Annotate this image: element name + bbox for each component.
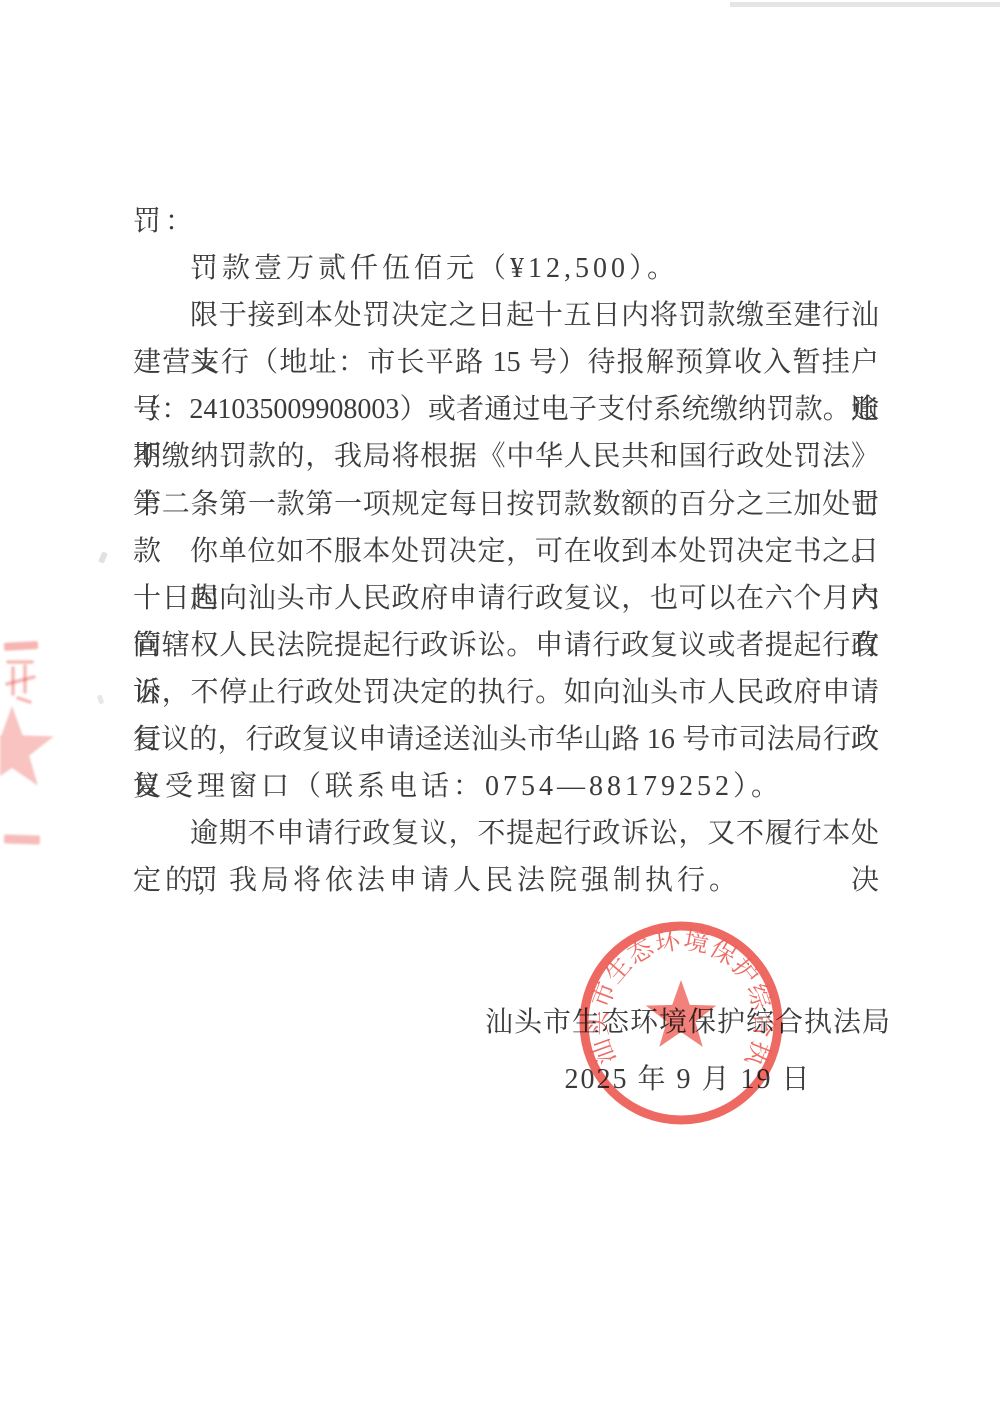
body-line: 建营支行（地址：市长平路 15 号）待报解预算收入暂挂户（账 — [133, 339, 879, 386]
body-line: 你单位如不服本处罚决定，可在收到本处罚决定书之日起六 — [133, 528, 879, 575]
body-line: 讼，不停止行政处罚决定的执行。如向汕头市人民政府申请行政 — [133, 669, 879, 716]
body-line: 十二条第一款第一项规定每日按罚款数额的百分之三加处罚款。 — [133, 481, 879, 528]
body-line: 限于接到本处罚决定之日起十五日内将罚款缴至建行汕头 — [133, 292, 879, 339]
scan-artifact-band — [730, 2, 1000, 7]
seal-star — [646, 980, 716, 1047]
body-line: 十日内向汕头市人民政府申请行政复议，也可以在六个月内向有 — [133, 575, 879, 622]
document-page: 罚：罚款壹万贰仟伍佰元（¥12,500）。限于接到本处罚决定之日起十五日内将罚款… — [0, 0, 1000, 1414]
body-text: 罚：罚款壹万贰仟伍佰元（¥12,500）。限于接到本处罚决定之日起十五日内将罚款… — [133, 198, 879, 904]
body-line: 号：241035009908003）或者通过电子支付系统缴纳罚款。逾期 — [133, 386, 879, 433]
body-line: 议受理窗口（联系电话：0754—88179252）。 — [133, 763, 879, 810]
body-line: 逾期不申请行政复议，不提起行政诉讼，又不履行本处罚决 — [133, 810, 879, 857]
body-line: 复议的，行政复议申请迳送汕头市华山路 16 号市司法局行政复 — [133, 716, 879, 763]
body-line: 管辖权人民法院提起行政诉讼。申请行政复议或者提起行政诉 — [133, 622, 879, 669]
body-line: 罚款壹万贰仟伍佰元（¥12,500）。 — [133, 245, 879, 292]
official-seal: 汕头市生态环境保护综合执法局 — [575, 917, 787, 1129]
body-line: 罚： — [133, 198, 879, 245]
body-line: 不缴纳罚款的，我局将根据《中华人民共和国行政处罚法》第七 — [133, 433, 879, 480]
scan-artifact-speck — [97, 694, 105, 704]
edge-stamp — [0, 632, 64, 888]
scan-artifact-speck — [98, 551, 108, 563]
